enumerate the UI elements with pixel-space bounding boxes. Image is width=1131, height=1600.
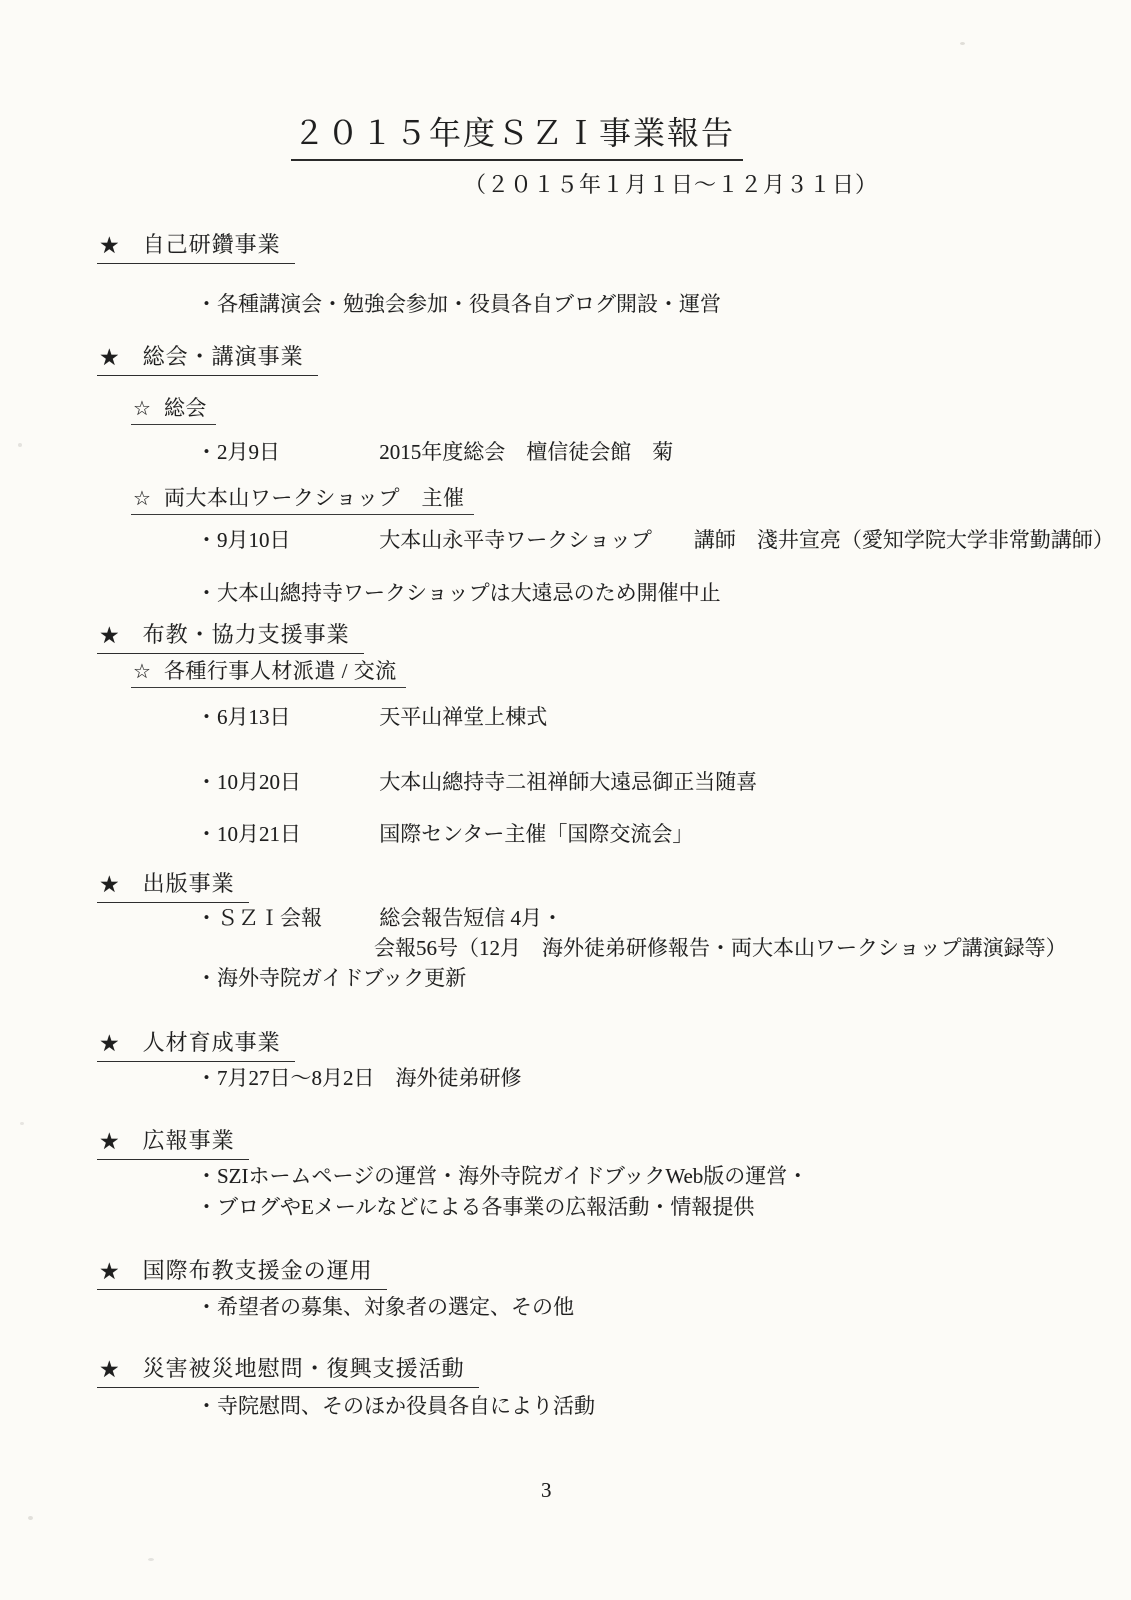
section-heading-soukai-kouen: ★ 総会・講演事業 [97, 344, 318, 376]
event-description: 2015年度総会 檀信徒会館 菊 [379, 440, 673, 464]
document-title: ２０１５年度ＳＺＩ事業報告 [291, 115, 743, 161]
section-heading-label: 国際布教支援金の運用 [143, 1258, 373, 1283]
event-row: ・ＳＺＩ会報 総会報告短信 4月・ [196, 906, 563, 930]
subsection-heading-label: 両大本山ワークショップ 主催 [164, 486, 465, 510]
section-heading-jiko-kensan: ★ 自己研鑽事業 [97, 232, 295, 264]
black-star-icon: ★ [99, 1032, 120, 1055]
section-heading-label: 自己研鑽事業 [143, 232, 281, 257]
section-heading-saigai-fukko: ★ 災害被災地慰問・復興支援活動 [97, 1356, 479, 1388]
event-description: 国際センター主催「国際交流会」 [379, 822, 693, 846]
event-description-continued: 会報56号（12月 海外徒弟研修報告・両大本山ワークショップ講演録等） [374, 936, 1067, 960]
event-date: ・10月20日 [196, 770, 374, 794]
white-star-icon: ☆ [133, 662, 151, 682]
section-heading-fukyo-kyoryoku: ★ 布教・協力支援事業 [97, 622, 364, 654]
bullet-item: ・各種講演会・勉強会参加・役員各自ブログ開設・運営 [196, 292, 721, 316]
event-date: ・6月13日 [196, 705, 374, 729]
scanned-document-page: ２０１５年度ＳＺＩ事業報告 （２０１５年１月１日～１２月３１日） ★ 自己研鑽事… [0, 0, 1131, 1600]
black-star-icon: ★ [99, 1260, 120, 1283]
section-heading-label: 出版事業 [143, 871, 235, 896]
black-star-icon: ★ [99, 346, 120, 369]
section-heading-label: 広報事業 [143, 1128, 235, 1153]
bullet-item: ・SZIホームページの運営・海外寺院ガイドブックWeb版の運営・ [196, 1164, 808, 1188]
black-star-icon: ★ [99, 1130, 120, 1153]
page-number: 3 [541, 1478, 552, 1502]
bullet-item: ・ブログやEメールなどによる各事業の広報活動・情報提供 [196, 1195, 754, 1219]
section-heading-jinzai-ikusei: ★ 人材育成事業 [97, 1030, 295, 1062]
subsection-heading-soukai: ☆ 総会 [131, 396, 216, 425]
event-row: ・9月10日 大本山永平寺ワークショップ 講師 淺井宣亮（愛知学院大学非常勤講師… [196, 528, 1114, 552]
event-date: ・10月21日 [196, 822, 374, 846]
event-row: ・2月9日 2015年度総会 檀信徒会館 菊 [196, 440, 673, 464]
scan-speck [960, 42, 965, 45]
black-star-icon: ★ [99, 234, 120, 257]
event-date: ・ＳＺＩ会報 [196, 906, 374, 930]
black-star-icon: ★ [99, 624, 120, 647]
scan-speck [18, 443, 22, 447]
event-description: 総会報告短信 4月・ [379, 906, 563, 930]
scan-speck [28, 1516, 33, 1520]
section-heading-koho: ★ 広報事業 [97, 1128, 249, 1160]
subsection-heading-label: 総会 [164, 396, 207, 420]
subsection-heading-jinzai-haken: ☆ 各種行事人材派遣 / 交流 [131, 659, 406, 688]
black-star-icon: ★ [99, 873, 120, 896]
section-heading-shienkin-unyo: ★ 国際布教支援金の運用 [97, 1258, 387, 1290]
event-row: ・10月21日 国際センター主催「国際交流会」 [196, 822, 693, 846]
section-heading-label: 総会・講演事業 [143, 344, 304, 369]
scan-speck [20, 1122, 24, 1125]
black-star-icon: ★ [99, 1358, 120, 1381]
white-star-icon: ☆ [133, 399, 151, 419]
subsection-heading-workshop: ☆ 両大本山ワークショップ 主催 [131, 486, 474, 515]
event-description: 大本山永平寺ワークショップ 講師 淺井宣亮（愛知学院大学非常勤講師） [379, 528, 1114, 552]
event-row: ・10月20日 大本山總持寺二祖禅師大遠忌御正当随喜 [196, 770, 757, 794]
bullet-item: ・海外寺院ガイドブック更新 [196, 966, 466, 990]
section-heading-label: 災害被災地慰問・復興支援活動 [143, 1356, 465, 1381]
event-row: ・6月13日 天平山禅堂上棟式 [196, 705, 547, 729]
section-heading-label: 人材育成事業 [143, 1030, 281, 1055]
bullet-item: ・7月27日～8月2日 海外徒弟研修 [196, 1066, 522, 1090]
bullet-item: ・希望者の募集、対象者の選定、その他 [196, 1295, 574, 1319]
section-heading-shuppan: ★ 出版事業 [97, 871, 249, 903]
event-description: 天平山禅堂上棟式 [379, 705, 547, 729]
bullet-item: ・寺院慰問、そのほか役員各自により活動 [196, 1394, 595, 1418]
event-description: 大本山總持寺二祖禅師大遠忌御正当随喜 [379, 770, 757, 794]
document-subtitle: （２０１５年１月１日～１２月３１日） [464, 172, 878, 197]
event-date: ・2月9日 [196, 440, 374, 464]
event-date: ・9月10日 [196, 528, 374, 552]
bullet-item: ・大本山總持寺ワークショップは大遠忌のため開催中止 [196, 581, 721, 605]
scan-speck [148, 1558, 154, 1561]
section-heading-label: 布教・協力支援事業 [143, 622, 350, 647]
white-star-icon: ☆ [133, 489, 151, 509]
subsection-heading-label: 各種行事人材派遣 / 交流 [164, 659, 397, 683]
